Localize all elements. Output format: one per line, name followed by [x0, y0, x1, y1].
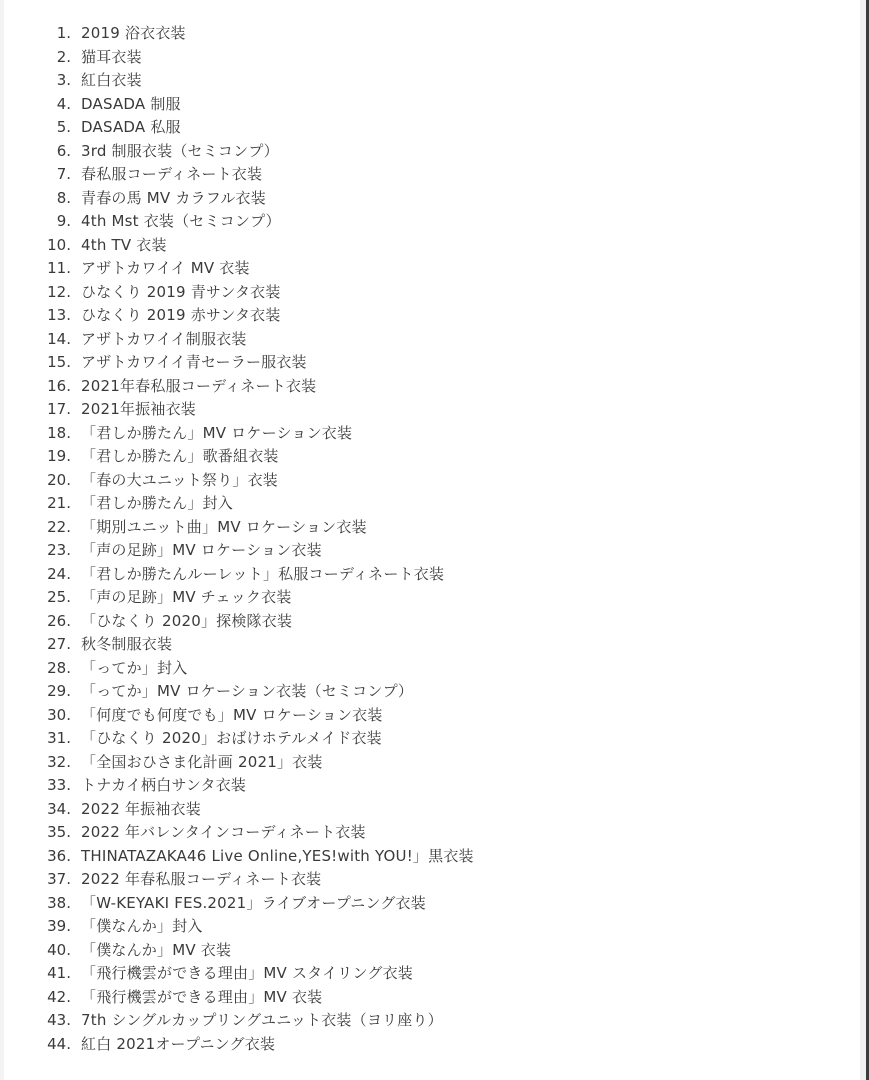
list-item: 21.「君しか勝たん」封入	[0, 492, 474, 516]
list-item-number: 24.	[0, 563, 81, 587]
list-item-number: 6.	[0, 140, 81, 164]
list-item-number: 10.	[0, 234, 81, 258]
list-item: 38.「W-KEYAKI FES.2021」ライブオープニング衣装	[0, 892, 474, 916]
list-item: 22.「期別ユニット曲」MV ロケーション衣装	[0, 516, 474, 540]
list-item-label: 猫耳衣装	[81, 46, 142, 70]
list-item-label: 「声の足跡」MV チェック衣装	[81, 586, 292, 610]
list-item-number: 22.	[0, 516, 81, 540]
list-item-number: 31.	[0, 727, 81, 751]
list-item-number: 36.	[0, 845, 81, 869]
list-item-number: 4.	[0, 93, 81, 117]
list-item-number: 13.	[0, 304, 81, 328]
list-item-number: 42.	[0, 986, 81, 1010]
list-item: 8.青春の馬 MV カラフル衣装	[0, 187, 474, 211]
list-item-label: ひなくり 2019 赤サンタ衣装	[81, 304, 281, 328]
list-item-number: 7.	[0, 163, 81, 187]
list-item-number: 33.	[0, 774, 81, 798]
list-item-label: トナカイ柄白サンタ衣装	[81, 774, 246, 798]
list-item-label: 7th シングルカップリングユニット衣装（ヨリ座り）	[81, 1009, 443, 1033]
list-item-label: 「W-KEYAKI FES.2021」ライブオープニング衣装	[81, 892, 426, 916]
list-item: 2.猫耳衣装	[0, 46, 474, 70]
list-item-number: 20.	[0, 469, 81, 493]
list-item-label: 2019 浴衣衣装	[81, 22, 186, 46]
list-item-label: 4th TV 衣装	[81, 234, 167, 258]
list-item: 27.秋冬制服衣装	[0, 633, 474, 657]
list-item: 43.7th シングルカップリングユニット衣装（ヨリ座り）	[0, 1009, 474, 1033]
list-item-label: 「何度でも何度でも」MV ロケーション衣装	[81, 704, 383, 728]
list-item: 15.アザトカワイイ青セーラー服衣装	[0, 351, 474, 375]
list-item-label: 「君しか勝たん」MV ロケーション衣装	[81, 422, 352, 446]
list-item-number: 1.	[0, 22, 81, 46]
list-item-label: 「飛行機雲ができる理由」MV スタイリング衣装	[81, 962, 413, 986]
list-item: 3.紅白衣装	[0, 69, 474, 93]
list-item-label: 春私服コーディネート衣装	[81, 163, 262, 187]
list-item: 26.「ひなくり 2020」探検隊衣装	[0, 610, 474, 634]
list-item: 17.2021年振袖衣装	[0, 398, 474, 422]
list-item: 10.4th TV 衣装	[0, 234, 474, 258]
list-item-label: 2022 年春私服コーディネート衣装	[81, 868, 321, 892]
list-item-label: 紅白衣装	[81, 69, 142, 93]
list-item-label: 「ってか」MV ロケーション衣装（セミコンプ）	[81, 680, 413, 704]
list-item: 28.「ってか」封入	[0, 657, 474, 681]
list-item: 23.「声の足跡」MV ロケーション衣装	[0, 539, 474, 563]
list-item-label: アザトカワイイ MV 衣装	[81, 257, 250, 281]
list-item-label: 「君しか勝たんルーレット」私服コーディネート衣装	[81, 563, 444, 587]
list-item-number: 30.	[0, 704, 81, 728]
list-item-number: 3.	[0, 69, 81, 93]
list-item-label: 2021年振袖衣装	[81, 398, 196, 422]
list-item-label: 2022 年振袖衣装	[81, 798, 201, 822]
list-item-label: アザトカワイイ制服衣装	[81, 328, 247, 352]
list-item-label: 2021年春私服コーディネート衣装	[81, 375, 316, 399]
list-item: 13.ひなくり 2019 赤サンタ衣装	[0, 304, 474, 328]
list-item-number: 11.	[0, 257, 81, 281]
list-item-label: 「ひなくり 2020」探検隊衣装	[81, 610, 292, 634]
list-item-number: 23.	[0, 539, 81, 563]
list-item-number: 34.	[0, 798, 81, 822]
list-item: 1.2019 浴衣衣装	[0, 22, 474, 46]
document-page: 1.2019 浴衣衣装 2.猫耳衣装 3.紅白衣装 4.DASADA 制服 5.…	[0, 0, 860, 1080]
list-item-number: 14.	[0, 328, 81, 352]
list-item-label: 「君しか勝たん」歌番組衣装	[81, 445, 279, 469]
list-item: 44.紅白 2021オープニング衣装	[0, 1033, 474, 1057]
list-item-number: 8.	[0, 187, 81, 211]
list-item-label: アザトカワイイ青セーラー服衣装	[81, 351, 307, 375]
list-item-number: 40.	[0, 939, 81, 963]
list-item-number: 27.	[0, 633, 81, 657]
list-item-label: 2022 年バレンタインコーディネート衣装	[81, 821, 366, 845]
list-item: 12.ひなくり 2019 青サンタ衣装	[0, 281, 474, 305]
list-item-number: 19.	[0, 445, 81, 469]
list-item-number: 38.	[0, 892, 81, 916]
list-item-number: 44.	[0, 1033, 81, 1057]
list-item: 39.「僕なんか」封入	[0, 915, 474, 939]
list-item-label: 「春の大ユニット祭り」衣装	[81, 469, 278, 493]
list-item-label: 「飛行機雲ができる理由」MV 衣装	[81, 986, 322, 1010]
list-item-number: 37.	[0, 868, 81, 892]
list-item-label: 3rd 制服衣装（セミコンプ）	[81, 140, 279, 164]
list-item: 4.DASADA 制服	[0, 93, 474, 117]
list-item: 5.DASADA 私服	[0, 116, 474, 140]
list-item-number: 21.	[0, 492, 81, 516]
list-item: 9.4th Mst 衣装（セミコンプ）	[0, 210, 474, 234]
list-item-number: 15.	[0, 351, 81, 375]
list-item-number: 43.	[0, 1009, 81, 1033]
list-item-number: 41.	[0, 962, 81, 986]
list-item: 40.「僕なんか」MV 衣装	[0, 939, 474, 963]
list-item: 41.「飛行機雲ができる理由」MV スタイリング衣装	[0, 962, 474, 986]
list-item-number: 5.	[0, 116, 81, 140]
list-item: 11.アザトカワイイ MV 衣装	[0, 257, 474, 281]
list-item: 16.2021年春私服コーディネート衣装	[0, 375, 474, 399]
list-item-label: 「君しか勝たん」封入	[81, 492, 233, 516]
list-item-label: 「期別ユニット曲」MV ロケーション衣装	[81, 516, 367, 540]
list-item-number: 16.	[0, 375, 81, 399]
list-item-number: 35.	[0, 821, 81, 845]
list-item-label: 「ってか」封入	[81, 657, 187, 681]
list-item-number: 26.	[0, 610, 81, 634]
list-item-number: 32.	[0, 751, 81, 775]
list-item-label: 紅白 2021オープニング衣装	[81, 1033, 275, 1057]
list-item: 33.トナカイ柄白サンタ衣装	[0, 774, 474, 798]
list-item-number: 28.	[0, 657, 81, 681]
list-item-number: 29.	[0, 680, 81, 704]
list-item: 25.「声の足跡」MV チェック衣装	[0, 586, 474, 610]
list-item-number: 12.	[0, 281, 81, 305]
list-item: 30.「何度でも何度でも」MV ロケーション衣装	[0, 704, 474, 728]
list-item-label: THINATAZAKA46 Live Online,YES!with YOU!」…	[81, 845, 474, 869]
list-item-label: 「僕なんか」MV 衣装	[81, 939, 231, 963]
list-item-label: 秋冬制服衣装	[81, 633, 172, 657]
list-item-label: DASADA 制服	[81, 93, 181, 117]
list-item: 14.アザトカワイイ制服衣装	[0, 328, 474, 352]
list-item: 19.「君しか勝たん」歌番組衣装	[0, 445, 474, 469]
list-item: 42.「飛行機雲ができる理由」MV 衣装	[0, 986, 474, 1010]
list-item: 29.「ってか」MV ロケーション衣装（セミコンプ）	[0, 680, 474, 704]
costume-list: 1.2019 浴衣衣装 2.猫耳衣装 3.紅白衣装 4.DASADA 制服 5.…	[0, 22, 474, 1056]
list-item: 6.3rd 制服衣装（セミコンプ）	[0, 140, 474, 164]
list-item-number: 39.	[0, 915, 81, 939]
list-item-number: 25.	[0, 586, 81, 610]
list-item-number: 9.	[0, 210, 81, 234]
list-item-label: 「僕なんか」封入	[81, 915, 203, 939]
list-item: 34.2022 年振袖衣装	[0, 798, 474, 822]
list-item-label: DASADA 私服	[81, 116, 181, 140]
list-item: 7.春私服コーディネート衣装	[0, 163, 474, 187]
list-item: 18.「君しか勝たん」MV ロケーション衣装	[0, 422, 474, 446]
list-item-label: 4th Mst 衣装（セミコンプ）	[81, 210, 281, 234]
list-item: 31.「ひなくり 2020」おばけホテルメイド衣装	[0, 727, 474, 751]
list-item-label: 「ひなくり 2020」おばけホテルメイド衣装	[81, 727, 382, 751]
list-item: 37.2022 年春私服コーディネート衣装	[0, 868, 474, 892]
list-item-label: 青春の馬 MV カラフル衣装	[81, 187, 266, 211]
list-item: 35.2022 年バレンタインコーディネート衣装	[0, 821, 474, 845]
list-item: 36.THINATAZAKA46 Live Online,YES!with YO…	[0, 845, 474, 869]
list-item-number: 17.	[0, 398, 81, 422]
list-item-label: 「全国おひさま化計画 2021」衣装	[81, 751, 323, 775]
list-item: 32.「全国おひさま化計画 2021」衣装	[0, 751, 474, 775]
list-item-number: 18.	[0, 422, 81, 446]
list-item-label: ひなくり 2019 青サンタ衣装	[81, 281, 281, 305]
list-item: 24.「君しか勝たんルーレット」私服コーディネート衣装	[0, 563, 474, 587]
list-item: 20.「春の大ユニット祭り」衣装	[0, 469, 474, 493]
list-item-label: 「声の足跡」MV ロケーション衣装	[81, 539, 322, 563]
list-item-number: 2.	[0, 46, 81, 70]
